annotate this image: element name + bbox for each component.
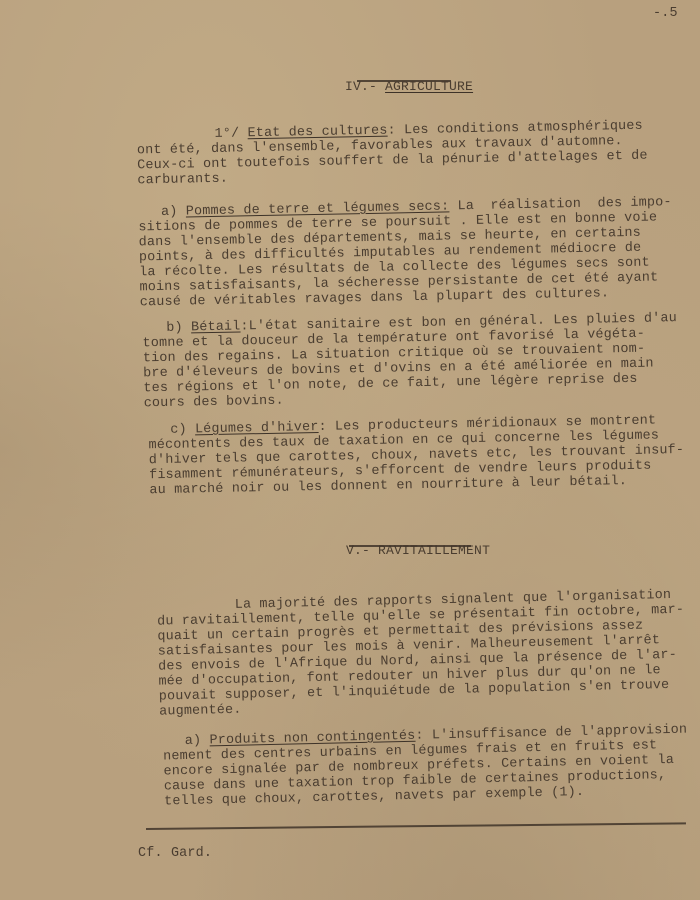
typewritten-page: -.5 IV.- AGRICULTURE 1°/ Etat des cultur…: [0, 0, 700, 900]
section-v-body: La majorité des rapports signalent que l…: [0, 0, 700, 900]
footnote: Cf. Gard.: [138, 846, 212, 861]
produits-label: a): [185, 734, 202, 749]
text-line: augmentée.: [159, 703, 242, 720]
